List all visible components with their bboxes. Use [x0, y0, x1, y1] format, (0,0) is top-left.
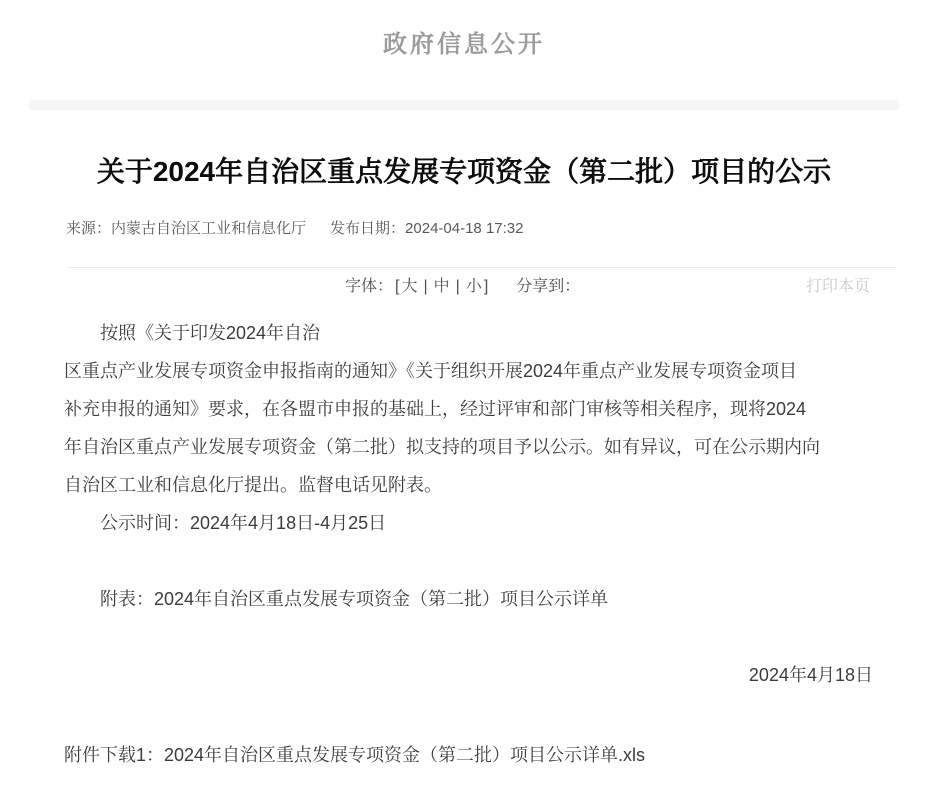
page: 政府信息公开 关于2024年自治区重点发展专项资金（第二批）项目的公示 来源：内…: [0, 0, 928, 811]
source-value: 内蒙古自治区工业和信息化厅: [111, 220, 306, 237]
separator: |: [456, 278, 460, 295]
font-size-control: 字体：[大|中|小]分享到：: [345, 279, 580, 295]
header-divider: [28, 100, 900, 110]
separator: |: [423, 278, 427, 295]
paragraph-intro: 按照《关于印发2024年自治: [64, 314, 873, 352]
print-page-button[interactable]: 打印本页: [806, 279, 870, 295]
attachment-row: 附件下载1：2024年自治区重点发展专项资金（第二批）项目公示详单.xls: [64, 736, 873, 774]
article-body: 按照《关于印发2024年自治 区重点产业发展专项资金申报指南的通知》《关于组织开…: [64, 314, 873, 774]
paragraph-main: 区重点产业发展专项资金申报指南的通知》《关于组织开展2024年重点产业发展专项资…: [64, 352, 873, 504]
site-header-title: 政府信息公开: [0, 0, 928, 57]
publish-date-value: 2024-04-18 17:32: [405, 220, 523, 237]
sign-date: 2024年4月18日: [64, 656, 873, 694]
article-meta: 来源：内蒙古自治区工业和信息化厅发布日期：2024-04-18 17:32: [66, 221, 928, 236]
font-size-medium-button[interactable]: 中: [434, 278, 450, 295]
bracket-open: [: [395, 278, 399, 295]
attachment-download-link[interactable]: 2024年自治区重点发展专项资金（第二批）项目公示详单.xls: [164, 745, 645, 765]
publicity-period: 公示时间：2024年4月18日-4月25日: [64, 504, 873, 542]
attachment-label: 附件下载1：: [64, 745, 164, 765]
publish-date-label: 发布日期：: [330, 220, 405, 237]
source-label: 来源：: [66, 220, 111, 237]
page-title: 关于2024年自治区重点发展专项资金（第二批）项目的公示: [40, 158, 888, 186]
font-size-large-button[interactable]: 大: [401, 278, 417, 295]
font-size-small-button[interactable]: 小: [466, 278, 482, 295]
share-to-label: 分享到：: [516, 278, 580, 295]
bracket-close: ]: [484, 278, 488, 295]
font-size-label: 字体：: [345, 278, 393, 295]
article-toolbar: 字体：[大|中|小]分享到： 打印本页: [0, 268, 928, 298]
appendix-note: 附表：2024年自治区重点发展专项资金（第二批）项目公示详单: [64, 580, 873, 618]
